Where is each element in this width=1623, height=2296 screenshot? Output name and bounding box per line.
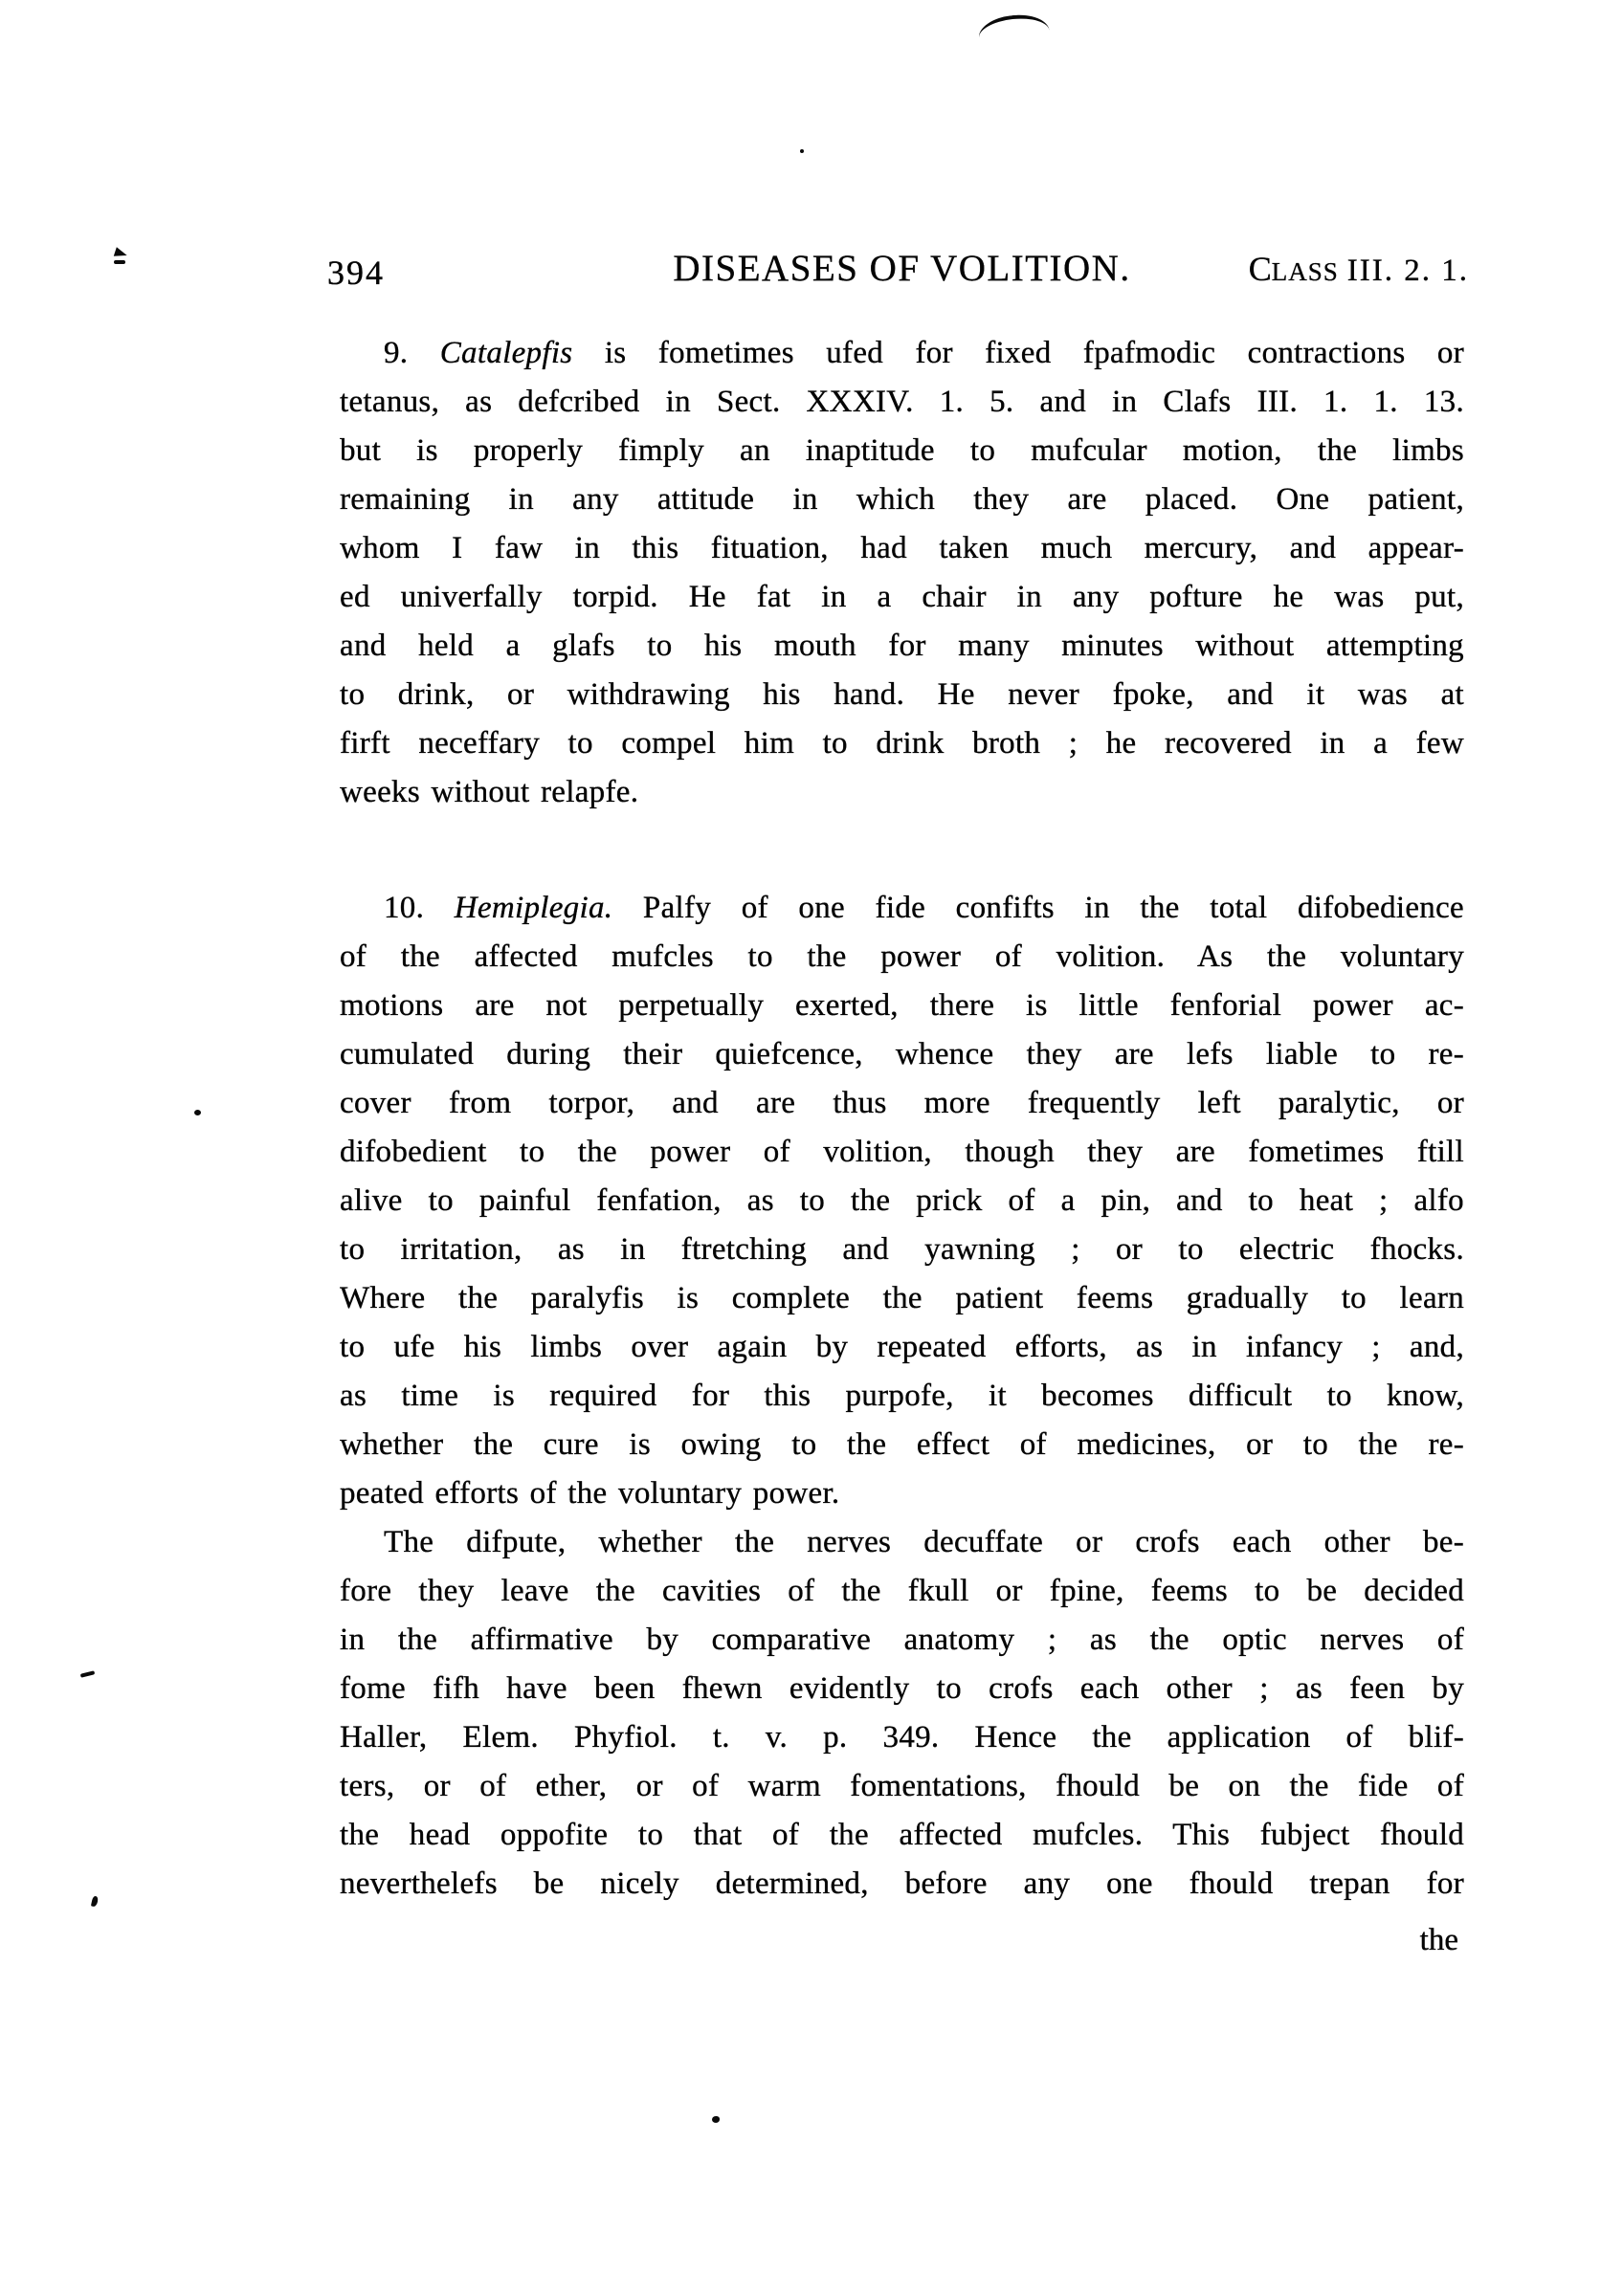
text-line: fore they leave the cavities of the fkul… <box>340 1567 1464 1616</box>
catchword: the <box>340 1916 1464 1965</box>
text-line: ed univerfally torpid. He fat in a chair… <box>340 573 1464 622</box>
running-head: 394 DISEASES OF VOLITION. CLASS III. 2. … <box>335 247 1469 291</box>
text-line: cover from torpor, and are thus more fre… <box>340 1079 1464 1128</box>
section-label: CLASS III. 2. 1. <box>1249 249 1469 289</box>
running-title: DISEASES OF VOLITION. <box>673 247 1130 290</box>
text-line: peated efforts of the voluntary power. <box>340 1469 1464 1518</box>
text-line: fome fifh have been fhewn evidently to c… <box>340 1665 1464 1713</box>
text-line: neverthelefs be nicely determined, befor… <box>340 1860 1464 1909</box>
text-block: 9. Catalepfis is fometimes ufed for fixe… <box>340 329 1464 1965</box>
text-line: 9. Catalepfis is fometimes ufed for fixe… <box>340 329 1464 378</box>
text-line: but is properly fimply an inaptitude to … <box>340 427 1464 475</box>
text-line: tetanus, as defcribed in Sect. XXXIV. 1.… <box>340 378 1464 427</box>
ink-speck <box>800 149 804 153</box>
text-line: alive to painful fenfation, as to the pr… <box>340 1177 1464 1225</box>
text-line: ters, or of ether, or of warm fomentatio… <box>340 1762 1464 1811</box>
ink-speck <box>80 1670 96 1678</box>
text-line: weeks without relapfe. <box>340 768 1464 817</box>
section-9-catalepsis: 9. Catalepfis is fometimes ufed for fixe… <box>340 329 1464 817</box>
text-line: firft neceffary to compel him to drink b… <box>340 719 1464 768</box>
text-line: Haller, Elem. Phyfiol. t. v. p. 349. Hen… <box>340 1713 1464 1762</box>
section-label-reference: III. 2. 1. <box>1347 254 1469 288</box>
text-line: and held a glafs to his mouth for many m… <box>340 622 1464 671</box>
ink-speck <box>712 2116 720 2123</box>
text-line: difobedient to the power of volition, th… <box>340 1128 1464 1177</box>
text-line: cumulated during their quiefcence, whenc… <box>340 1030 1464 1079</box>
ink-speck <box>91 1895 99 1907</box>
margin-ink-mark <box>113 247 132 266</box>
text-line: 10. Hemiplegia. Palfy of one fide confif… <box>340 884 1464 933</box>
book-page-scan: 394 DISEASES OF VOLITION. CLASS III. 2. … <box>0 0 1623 2296</box>
text-line: the head oppofite to that of the affecte… <box>340 1811 1464 1860</box>
ink-speck <box>194 1110 201 1115</box>
text-line: in the affirmative by comparative anatom… <box>340 1616 1464 1665</box>
text-line: of the affected mufcles to the power of … <box>340 933 1464 982</box>
section-10-hemiplegia: 10. Hemiplegia. Palfy of one fide confif… <box>340 884 1464 1518</box>
text-line: to ufe his limbs over again by repeated … <box>340 1323 1464 1372</box>
text-line: Where the paralyfis is complete the pati… <box>340 1274 1464 1323</box>
section-label-smallcaps: LASS <box>1272 257 1339 286</box>
text-line: whether the cure is owing to the effect … <box>340 1421 1464 1469</box>
text-line: to drink, or withdrawing his hand. He ne… <box>340 671 1464 719</box>
text-line: remaining in any attitude in which they … <box>340 475 1464 524</box>
page-number: 394 <box>327 253 385 293</box>
text-line: The difpute, whether the nerves decuffat… <box>340 1518 1464 1567</box>
ink-squiggle-artifact <box>977 11 1050 42</box>
section-label-initial: C <box>1249 250 1272 288</box>
text-line: motions are not perpetually exerted, the… <box>340 982 1464 1030</box>
text-line: as time is required for this purpofe, it… <box>340 1372 1464 1421</box>
text-line: to irritation, as in ftretching and yawn… <box>340 1225 1464 1274</box>
dispute-paragraph: The difpute, whether the nerves decuffat… <box>340 1518 1464 1909</box>
text-line: whom I faw in this fituation, had taken … <box>340 524 1464 573</box>
